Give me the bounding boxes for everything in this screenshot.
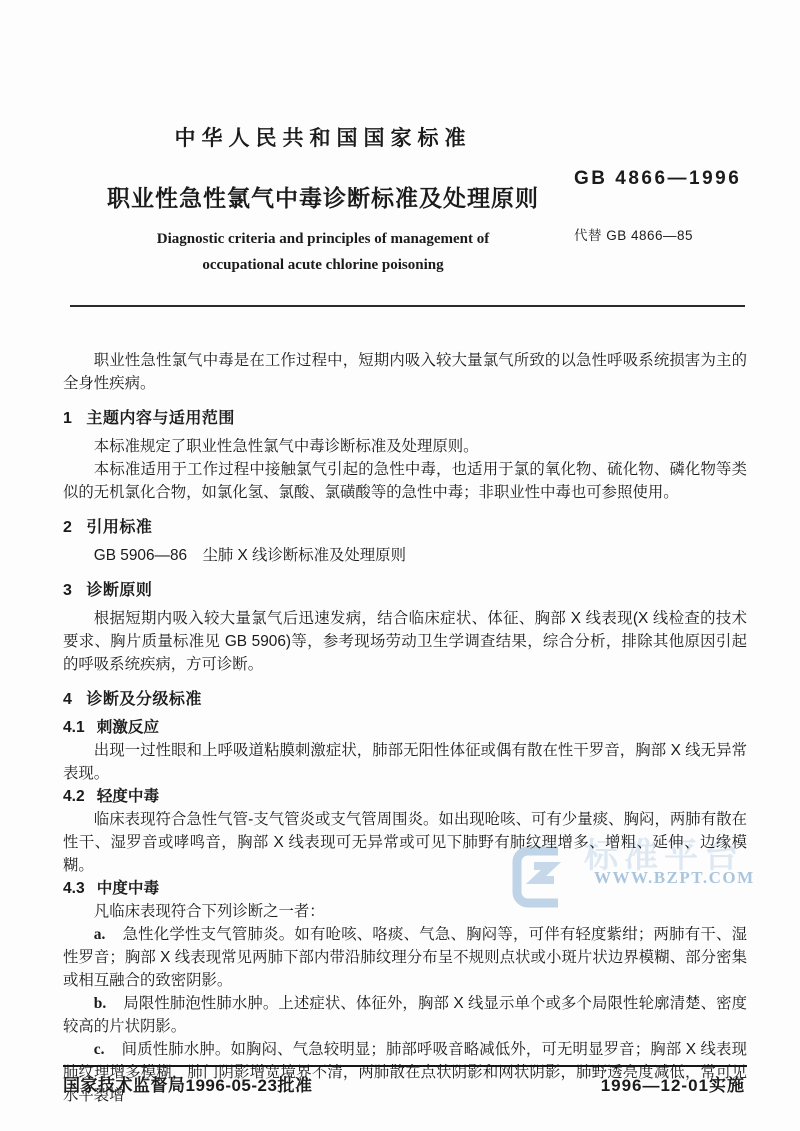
subsection-4-3-title: 中度中毒 — [97, 880, 159, 897]
section-3-title: 诊断原则 — [86, 582, 152, 599]
section-2-heading: 2引用标准 — [63, 516, 747, 539]
document-body: 职业性急性氯气中毒是在工作过程中，短期内吸入较大量氯气所致的以急性呼吸系统损害为… — [63, 349, 747, 1107]
footer-divider — [63, 1065, 747, 1067]
subsection-4-3-lead: 凡临床表现符合下列诊断之一者： — [63, 900, 747, 923]
list-item-a-text: 急性化学性支气管肺炎。如有呛咳、咯痰、气急、胸闷等，可伴有轻度紫绀；两肺有干、湿… — [63, 926, 747, 989]
subsection-4-2-paragraph: 临床表现符合急性气管-支气管炎或支气管周围炎。如出现呛咳、可有少量痰、胸闷，两肺… — [63, 808, 747, 877]
list-item-b-text: 局限性肺泡性肺水肿。上述症状、体征外，胸部 X 线显示单个或多个局限性轮廓清楚、… — [63, 995, 747, 1035]
list-item-b: b.局限性肺泡性肺水肿。上述症状、体征外，胸部 X 线显示单个或多个局限性轮廓清… — [63, 992, 747, 1038]
section-1-paragraph: 本标准规定了职业性急性氯气中毒诊断标准及处理原则。 — [63, 435, 747, 458]
subsection-4-3-number: 4.3 — [63, 880, 85, 897]
english-title-line2: occupational acute chlorine poisoning — [63, 252, 583, 278]
section-1-number: 1 — [63, 410, 72, 427]
section-1-title: 主题内容与适用范围 — [86, 410, 235, 427]
section-4-title: 诊断及分级标准 — [86, 691, 202, 708]
implementation-note: 1996—12-01实施 — [601, 1071, 745, 1096]
section-3-number: 3 — [63, 582, 72, 599]
referenced-standard: GB 5906—86 尘肺 X 线诊断标准及处理原则 — [63, 544, 747, 567]
list-item-c-label: c. — [94, 1041, 105, 1058]
document-title: 职业性急性氯气中毒诊断标准及处理原则 — [43, 180, 603, 213]
subsection-4-1-heading: 4.1刺激反应 — [63, 716, 747, 739]
english-title-line1: Diagnostic criteria and principles of ma… — [63, 226, 583, 252]
section-2-number: 2 — [63, 519, 72, 536]
section-2-title: 引用标准 — [86, 519, 152, 536]
subsection-4-2-number: 4.2 — [63, 788, 85, 805]
section-1-paragraph: 本标准适用于工作过程中接触氯气引起的急性中毒，也适用于氯的氧化物、硫化物、磷化物… — [63, 458, 747, 504]
subsection-4-2-heading: 4.2轻度中毒 — [63, 785, 747, 808]
section-4-number: 4 — [63, 691, 72, 708]
approval-note: 国家技术监督局1996-05-23批准 — [63, 1071, 312, 1096]
subsection-4-1-title: 刺激反应 — [97, 719, 159, 736]
section-3-paragraph: 根据短期内吸入较大量氯气后迅速发病，结合临床症状、体征、胸部 X 线表现(X 线… — [63, 607, 747, 676]
english-title: Diagnostic criteria and principles of ma… — [63, 226, 583, 278]
subsection-4-1-paragraph: 出现一过性眼和上呼吸道粘膜刺激症状，肺部无阳性体征或偶有散在性干罗音，胸部 X … — [63, 739, 747, 785]
list-item-b-label: b. — [94, 995, 106, 1012]
intro-paragraph: 职业性急性氯气中毒是在工作过程中，短期内吸入较大量氯气所致的以急性呼吸系统损害为… — [63, 349, 747, 395]
section-1-heading: 1主题内容与适用范围 — [63, 407, 747, 430]
subsection-4-1-number: 4.1 — [63, 719, 85, 736]
list-item-a-label: a. — [94, 926, 106, 943]
section-4-heading: 4诊断及分级标准 — [63, 688, 747, 711]
national-standard-banner: 中华人民共和国国家标准 — [63, 122, 583, 152]
subsection-4-2-title: 轻度中毒 — [97, 788, 159, 805]
subsection-4-3-heading: 4.3中度中毒 — [63, 877, 747, 900]
replaces-note: 代替 GB 4866—85 — [574, 224, 693, 244]
header-divider — [70, 305, 745, 307]
list-item-a: a.急性化学性支气管肺炎。如有呛咳、咯痰、气急、胸闷等，可伴有轻度紫绀；两肺有干… — [63, 923, 747, 992]
standard-document-page: 标准平台 WWW.BZPT.COM 中华人民共和国国家标准 GB 4866—19… — [0, 0, 800, 1131]
section-3-heading: 3诊断原则 — [63, 579, 747, 602]
